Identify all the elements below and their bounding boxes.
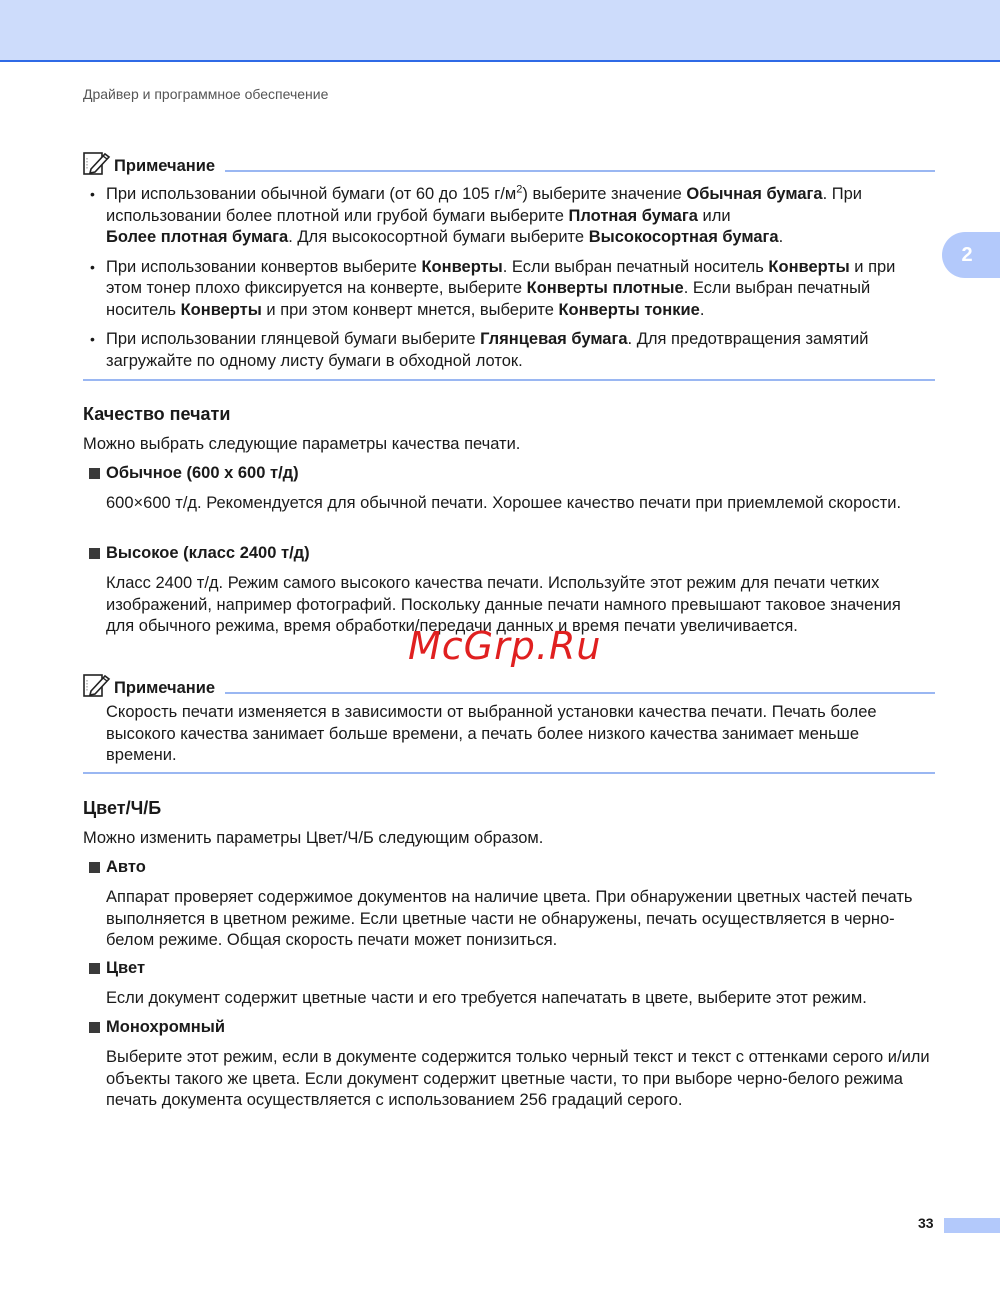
note-title: Примечание — [114, 156, 215, 176]
option-description: 600×600 т/д. Рекомендуется для обычной п… — [106, 493, 936, 515]
square-bullet-icon — [89, 963, 100, 974]
note-end-rule — [83, 772, 935, 774]
note-box: Примечание Скорость печати изменяется в … — [83, 672, 935, 767]
running-head: Драйвер и программное обеспечение — [83, 86, 328, 102]
note-bullet: При использовании обычной бумаги (от 60 … — [83, 184, 935, 249]
option-title: Монохромный — [89, 1018, 225, 1037]
option-description: Аппарат проверяет содержимое документов … — [106, 887, 936, 952]
note-header: Примечание — [83, 672, 935, 698]
option-description: Если документ содержит цветные части и е… — [106, 988, 936, 1010]
watermark: McGrp.Ru — [408, 624, 601, 668]
note-pencil-icon — [81, 672, 111, 698]
option-title: Цвет — [89, 959, 145, 978]
page-number: 33 — [918, 1215, 934, 1231]
note-text: Скорость печати изменяется в зависимости… — [106, 702, 926, 767]
note-bullet: При использовании конвертов выберите Кон… — [83, 257, 935, 322]
note-title: Примечание — [114, 678, 215, 698]
option-description: Выберите этот режим, если в документе со… — [106, 1047, 936, 1112]
option-title: Высокое (класс 2400 т/д) — [89, 544, 310, 563]
note-pencil-icon — [81, 150, 111, 176]
square-bullet-icon — [89, 862, 100, 873]
chapter-tab: 2 — [942, 232, 1000, 278]
section-intro: Можно выбрать следующие параметры качест… — [83, 435, 520, 454]
square-bullet-icon — [89, 548, 100, 559]
note-box: Примечание При использовании обычной бум… — [83, 150, 935, 380]
option-title: Обычное (600 x 600 т/д) — [89, 464, 299, 483]
note-bullets: При использовании обычной бумаги (от 60 … — [83, 184, 935, 372]
square-bullet-icon — [89, 468, 100, 479]
page-number-bar — [944, 1218, 1000, 1233]
square-bullet-icon — [89, 1022, 100, 1033]
note-bullet: При использовании глянцевой бумаги выбер… — [83, 329, 935, 372]
note-rule — [225, 170, 935, 172]
note-rule — [225, 692, 935, 694]
section-heading-quality: Качество печати — [83, 404, 230, 425]
note-end-rule — [83, 379, 935, 381]
section-heading-color: Цвет/Ч/Б — [83, 798, 161, 819]
header-band — [0, 0, 1000, 62]
section-intro: Можно изменить параметры Цвет/Ч/Б следую… — [83, 829, 543, 848]
option-title: Авто — [89, 858, 146, 877]
note-header: Примечание — [83, 150, 935, 176]
